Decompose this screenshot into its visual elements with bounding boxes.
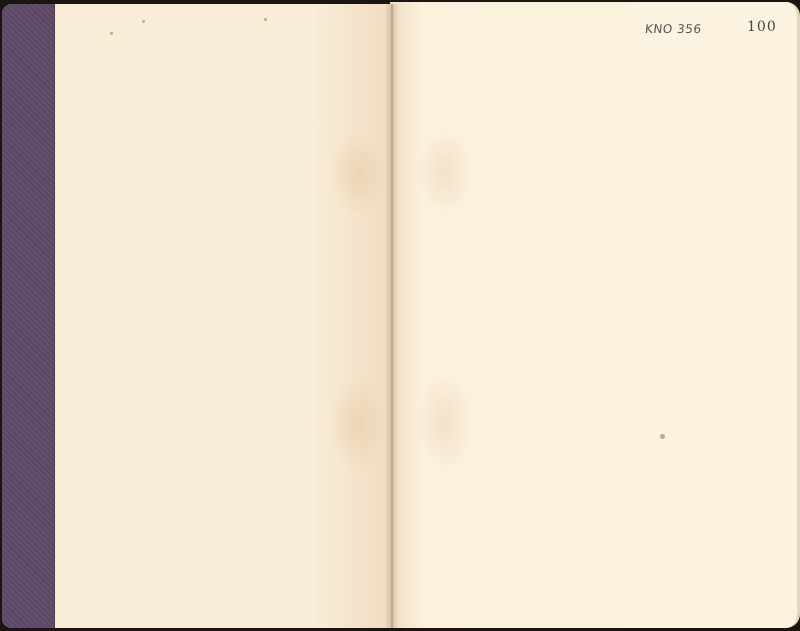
right-page xyxy=(390,2,800,628)
notebook-spread: KNO 356 100 xyxy=(0,0,800,631)
cover-spine-cloth xyxy=(2,4,55,628)
catalog-mark: KNO 356 xyxy=(644,22,702,36)
paper-speck xyxy=(660,434,665,439)
paper-speck xyxy=(110,32,113,35)
left-page xyxy=(2,4,390,628)
paper-speck xyxy=(264,18,267,21)
page-number: 100 xyxy=(747,19,777,35)
paper-speck xyxy=(142,20,145,23)
binding-gutter xyxy=(386,4,398,628)
